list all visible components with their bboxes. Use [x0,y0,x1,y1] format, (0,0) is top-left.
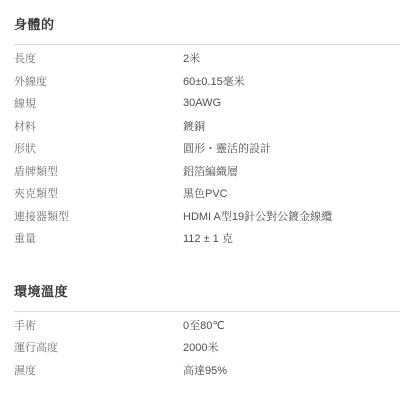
spec-row-operating-altitude: 運行高度 2000米 [14,336,400,359]
spec-label: 長度 [14,50,183,66]
spec-rows-environment: 手術 0至80℃ 運行高度 2000米 濕度 高達95% [14,312,400,382]
spec-value: 圓形・靈活的設計 [183,140,271,156]
spec-label: 形狀 [14,140,183,156]
section-title-physical: 身體的 [14,0,400,32]
spec-label: 連接器類型 [14,208,183,224]
spec-row-jacket-type: 夾克類型 黑色PVC [14,182,400,205]
spec-rows-physical: 長度 2米 外線度 60±0.15毫米 線規 30AWG 材料 鍍銅 形狀 圓形… [14,45,400,250]
spec-row-outer-diameter: 外線度 60±0.15毫米 [14,70,400,93]
spec-row-operation-temp: 手術 0至80℃ [14,314,400,337]
section-physical: 身體的 長度 2米 外線度 60±0.15毫米 線規 30AWG 材料 鍍銅 形… [14,0,400,250]
spec-row-shield-type: 盾牌類型 鋁箔編織層 [14,160,400,183]
spec-label: 運行高度 [14,339,183,355]
spec-label: 手術 [14,317,183,333]
spec-value: 30AWG [183,97,221,109]
spec-label: 外線度 [14,73,183,89]
spec-label: 重量 [14,230,183,246]
section-title-environment: 環境溫度 [14,250,400,299]
spec-row-length: 長度 2米 [14,47,400,70]
spec-label: 盾牌類型 [14,163,183,179]
spec-label: 濕度 [14,362,183,378]
spec-value: 高達95% [183,362,227,378]
spec-value: 鋁箔編織層 [183,163,238,179]
spec-row-shape: 形狀 圓形・靈活的設計 [14,137,400,160]
spec-row-weight: 重量 112 ± 1 克 [14,227,400,250]
spec-row-connector-type: 連接器類型 HDMI A型19針公對公鍍金線纜 [14,205,400,228]
spec-value: 0至80℃ [183,317,225,333]
spec-label: 材料 [14,118,183,134]
spec-value: 鍍銅 [183,118,205,134]
section-environment: 環境溫度 手術 0至80℃ 運行高度 2000米 濕度 高達95% [14,250,400,382]
spec-value: HDMI A型19針公對公鍍金線纜 [183,208,332,224]
spec-value: 2米 [183,50,200,66]
spec-value: 黑色PVC [183,185,228,201]
spec-value: 60±0.15毫米 [183,73,245,89]
spec-row-material: 材料 鍍銅 [14,115,400,138]
spec-page: 身體的 長度 2米 外線度 60±0.15毫米 線規 30AWG 材料 鍍銅 形… [0,0,410,410]
spec-label: 線規 [14,95,183,111]
spec-row-humidity: 濕度 高達95% [14,359,400,382]
spec-value: 112 ± 1 克 [183,230,233,246]
spec-label: 夾克類型 [14,185,183,201]
spec-value: 2000米 [183,339,218,355]
spec-row-wire-gauge: 線規 30AWG [14,92,400,115]
